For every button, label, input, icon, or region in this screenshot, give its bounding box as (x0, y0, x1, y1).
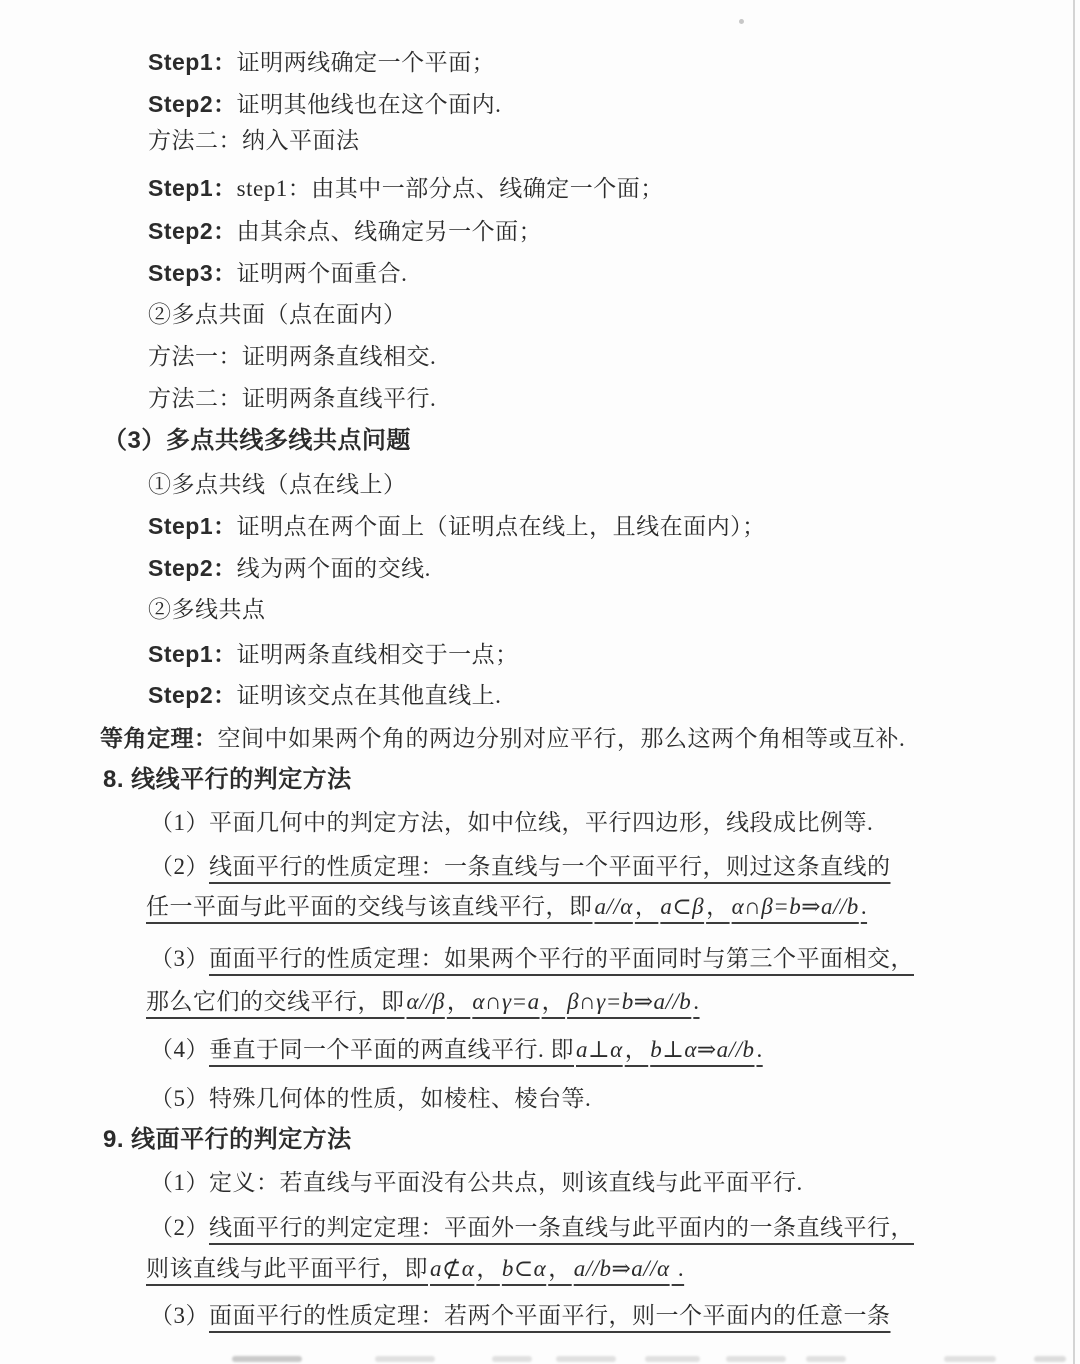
text-segment: 那么它们的交线平行，即 (146, 989, 405, 1014)
watermark-mark (806, 1356, 846, 1362)
text-segment: 线面平行的性质定理：一条直线与一个平面平行，则过这条直线的 (209, 854, 891, 879)
text-segment: ， (706, 894, 730, 919)
text-segment: . (693, 989, 699, 1014)
numbered-item: （1）定义：若直线与平面没有公共点，则该直线与此平面平行. (150, 1167, 803, 1198)
text-run: 方法一：证明两条直线相交. (148, 343, 436, 369)
text-segment: ， (447, 989, 471, 1014)
text-run: Step1：证明两线确定一个平面； (148, 49, 495, 75)
text-segment: 证明两个面重合. (237, 261, 408, 286)
text-segment: 证明其他线也在这个面内. (237, 92, 502, 117)
math-expression: α//β (405, 989, 447, 1014)
document-page: Step1：证明两线确定一个平面；Step2：证明其他线也在这个面内.方法二：纳… (0, 0, 1080, 1364)
step-line: Step2：证明其他线也在这个面内. (148, 89, 501, 120)
section-heading-8: 8. 线线平行的判定方法 (103, 764, 352, 795)
text-segment: ， (625, 1037, 649, 1062)
text-segment: 8. 线线平行的判定方法 (103, 766, 352, 793)
text-run: （1）定义：若直线与平面没有公共点，则该直线与此平面平行. (150, 1169, 803, 1195)
subsection-heading-3: （3）多点共线多线共点问题 (103, 425, 411, 456)
text-segment: ①多点共线（点在线上） (148, 472, 407, 497)
text-segment: Step2： (148, 555, 237, 581)
text-segment: . (861, 894, 867, 919)
step-line: Step2：证明该交点在其他直线上. (148, 680, 501, 711)
math-expression: a//α (593, 894, 635, 919)
math-expression: a⊄α (428, 1256, 476, 1281)
text-segment: Step1： (148, 513, 237, 539)
watermark-mark (726, 1356, 786, 1362)
numbered-item: （5）特殊几何体的性质，如棱柱、棱台等. (150, 1083, 591, 1114)
text-run: （3） (150, 1302, 209, 1328)
text-run: （4） (150, 1036, 209, 1062)
text-segment: （3）多点共线多线共点问题 (103, 427, 411, 454)
text-run: ②多线共点 (148, 596, 266, 622)
step-line: Step1：证明两线确定一个平面； (148, 47, 495, 78)
text-segment: （1）平面几何中的判定方法，如中位线，平行四边形，线段成比例等. (150, 810, 873, 835)
watermark-mark (492, 1356, 532, 1362)
numbered-item: （2）线面平行的性质定理：一条直线与一个平面平行，则过这条直线的 (150, 851, 891, 882)
text-run: （3） (150, 945, 209, 971)
item-circled-2: ②多点共面（点在面内） (148, 299, 407, 330)
scan-artifact-dot (739, 19, 744, 24)
text-segment: 任一平面与此平面的交线与该直线平行，即 (146, 894, 593, 919)
text-segment: 方法二：纳入平面法 (148, 128, 360, 153)
text-run: Step1：step1：由其中一部分点、线确定一个面； (148, 175, 664, 201)
text-run: Step3：证明两个面重合. (148, 260, 407, 286)
page-edge-line (1073, 0, 1075, 1364)
text-segment: 证明两条直线相交于一点； (237, 642, 519, 667)
step-line: Step1：证明两条直线相交于一点； (148, 639, 519, 670)
text-segment: . (672, 1256, 685, 1281)
math-expression: α∩β=b⇒a//b (730, 894, 861, 919)
text-segment: 9. 线面平行的判定方法 (103, 1126, 352, 1153)
text-segment: ②多点共面（点在面内） (148, 302, 407, 327)
text-segment: Step1： (148, 175, 237, 201)
text-segment: 线面平行的判定定理：平面外一条直线与此平面内的一条直线平行， (209, 1215, 914, 1240)
watermark-mark (556, 1356, 616, 1362)
text-run: Step1：证明两条直线相交于一点； (148, 641, 519, 667)
text-segment: 方法一：证明两条直线相交. (148, 344, 436, 369)
text-run: 等角定理：空间中如果两个角的两边分别对应平行，那么这两个角相等或互补. (100, 725, 905, 751)
numbered-item: （3）面面平行的性质定理：如果两个平行的平面同时与第三个平面相交， (150, 943, 914, 974)
text-run: Step2：由其余点、线确定另一个面； (148, 218, 542, 244)
text-segment: 由其余点、线确定另一个面； (237, 219, 543, 244)
text-run: ②多点共面（点在面内） (148, 301, 407, 327)
math-expression: a//b⇒a//α (572, 1256, 672, 1281)
numbered-item: （4）垂直于同一个平面的两直线平行. 即a⊥α，b⊥α⇒a//b. (150, 1034, 763, 1065)
math-expression: α∩γ=a (470, 989, 541, 1014)
text-run: （2） (150, 1214, 209, 1240)
underlined-run: 则该直线与此平面平行，即a⊄α，b⊂α，a//b⇒a//α . (146, 1255, 684, 1281)
text-segment: 证明两线确定一个平面； (237, 50, 496, 75)
numbered-item: （2）线面平行的判定定理：平面外一条直线与此平面内的一条直线平行， (150, 1212, 914, 1243)
text-segment: Step1： (148, 49, 237, 75)
text-segment: ， (635, 894, 659, 919)
text-segment: 证明该交点在其他直线上. (237, 683, 502, 708)
text-run: （3）多点共线多线共点问题 (103, 427, 411, 453)
text-run: Step2：证明其他线也在这个面内. (148, 91, 501, 117)
step-line: Step2：由其余点、线确定另一个面； (148, 216, 542, 247)
text-segment: ， (476, 1256, 500, 1281)
text-segment: step1：由其中一部分点、线确定一个面； (237, 176, 664, 201)
step-line: Step3：证明两个面重合. (148, 258, 407, 289)
text-run: （2） (150, 853, 209, 879)
text-segment: 面面平行的性质定理：如果两个平行的平面同时与第三个平面相交， (209, 946, 914, 971)
text-run: ①多点共线（点在线上） (148, 471, 407, 497)
underlined-run: 线面平行的性质定理：一条直线与一个平面平行，则过这条直线的 (209, 853, 891, 879)
watermark-mark (645, 1356, 700, 1362)
text-segment: 方法二：证明两条直线平行. (148, 386, 436, 411)
text-segment: （4） (150, 1037, 209, 1062)
text-run: 方法二：证明两条直线平行. (148, 385, 436, 411)
math-expression: a⊂β (658, 894, 706, 919)
method-line: 方法二：证明两条直线平行. (148, 383, 436, 414)
text-segment: （3） (150, 1303, 209, 1328)
section-heading-9: 9. 线面平行的判定方法 (103, 1124, 352, 1155)
text-segment: 面面平行的性质定理：若两个平面平行，则一个平面内的任意一条 (209, 1303, 891, 1328)
underlined-run: 垂直于同一个平面的两直线平行. 即a⊥α，b⊥α⇒a//b. (209, 1036, 763, 1062)
underlined-run: 面面平行的性质定理：若两个平面平行，则一个平面内的任意一条 (209, 1302, 891, 1328)
underlined-run: 线面平行的判定定理：平面外一条直线与此平面内的一条直线平行， (209, 1214, 914, 1240)
step-line: Step1：证明点在两个面上（证明点在线上，且线在面内）； (148, 511, 766, 542)
text-segment: 证明点在两个面上（证明点在线上，且线在面内）； (237, 514, 766, 539)
underlined-run: 那么它们的交线平行，即α//β，α∩γ=a，β∩γ=b⇒a//b. (146, 988, 700, 1014)
text-segment: Step1： (148, 641, 237, 667)
math-expression: b⊥α⇒a//b (648, 1037, 756, 1062)
continuation-line: 任一平面与此平面的交线与该直线平行，即a//α，a⊂β，α∩β=b⇒a//b. (146, 891, 867, 922)
text-segment: 垂直于同一个平面的两直线平行. 即 (209, 1037, 574, 1062)
watermark-mark (375, 1356, 435, 1362)
text-segment: Step2： (148, 91, 237, 117)
text-segment: （2） (150, 854, 209, 879)
text-segment: （3） (150, 946, 209, 971)
text-segment: ， (548, 1256, 572, 1281)
math-expression: β∩γ=b⇒a//b (565, 989, 693, 1014)
numbered-item: （3）面面平行的性质定理：若两个平面平行，则一个平面内的任意一条 (150, 1300, 891, 1331)
item-circled-2: ②多线共点 (148, 594, 266, 625)
text-segment: （5）特殊几何体的性质，如棱柱、棱台等. (150, 1086, 591, 1111)
text-run: （5）特殊几何体的性质，如棱柱、棱台等. (150, 1085, 591, 1111)
continuation-line: 则该直线与此平面平行，即a⊄α，b⊂α，a//b⇒a//α . (146, 1253, 684, 1284)
watermark-mark (232, 1356, 302, 1362)
text-run: 9. 线面平行的判定方法 (103, 1126, 352, 1152)
text-segment: . (756, 1037, 762, 1062)
method-line: 方法二：纳入平面法 (148, 125, 360, 156)
item-circled-1: ①多点共线（点在线上） (148, 469, 407, 500)
text-run: Step2：线为两个面的交线. (148, 555, 431, 581)
watermark-mark (944, 1356, 996, 1362)
text-run: 8. 线线平行的判定方法 (103, 766, 352, 792)
text-segment: ， (542, 989, 566, 1014)
math-expression: a⊥α (574, 1037, 625, 1062)
continuation-line: 那么它们的交线平行，即α//β，α∩γ=a，β∩γ=b⇒a//b. (146, 986, 700, 1017)
method-line: 方法一：证明两条直线相交. (148, 341, 436, 372)
underlined-run: 任一平面与此平面的交线与该直线平行，即a//α，a⊂β，α∩β=b⇒a//b. (146, 893, 867, 919)
text-segment: （2） (150, 1215, 209, 1240)
underlined-run: 面面平行的性质定理：如果两个平行的平面同时与第三个平面相交， (209, 945, 914, 971)
math-expression: b⊂α (500, 1256, 548, 1281)
text-segment: 等角定理： (100, 725, 218, 751)
text-run: （1）平面几何中的判定方法，如中位线，平行四边形，线段成比例等. (150, 809, 873, 835)
text-segment: Step3： (148, 260, 237, 286)
equal-angle-theorem: 等角定理：空间中如果两个角的两边分别对应平行，那么这两个角相等或互补. (100, 723, 905, 754)
text-segment: ②多线共点 (148, 597, 266, 622)
numbered-item: （1）平面几何中的判定方法，如中位线，平行四边形，线段成比例等. (150, 807, 873, 838)
text-run: Step1：证明点在两个面上（证明点在线上，且线在面内）； (148, 513, 766, 539)
watermark-mark (1034, 1356, 1066, 1362)
text-run: 方法二：纳入平面法 (148, 127, 360, 153)
text-segment: 线为两个面的交线. (237, 556, 431, 581)
text-run: Step2：证明该交点在其他直线上. (148, 682, 501, 708)
text-segment: 则该直线与此平面平行，即 (146, 1256, 428, 1281)
step-line: Step1：step1：由其中一部分点、线确定一个面； (148, 173, 664, 204)
text-segment: （1）定义：若直线与平面没有公共点，则该直线与此平面平行. (150, 1170, 803, 1195)
text-segment: 空间中如果两个角的两边分别对应平行，那么这两个角相等或互补. (218, 726, 906, 751)
step-line: Step2：线为两个面的交线. (148, 553, 431, 584)
text-segment: Step2： (148, 682, 237, 708)
text-segment: Step2： (148, 218, 237, 244)
